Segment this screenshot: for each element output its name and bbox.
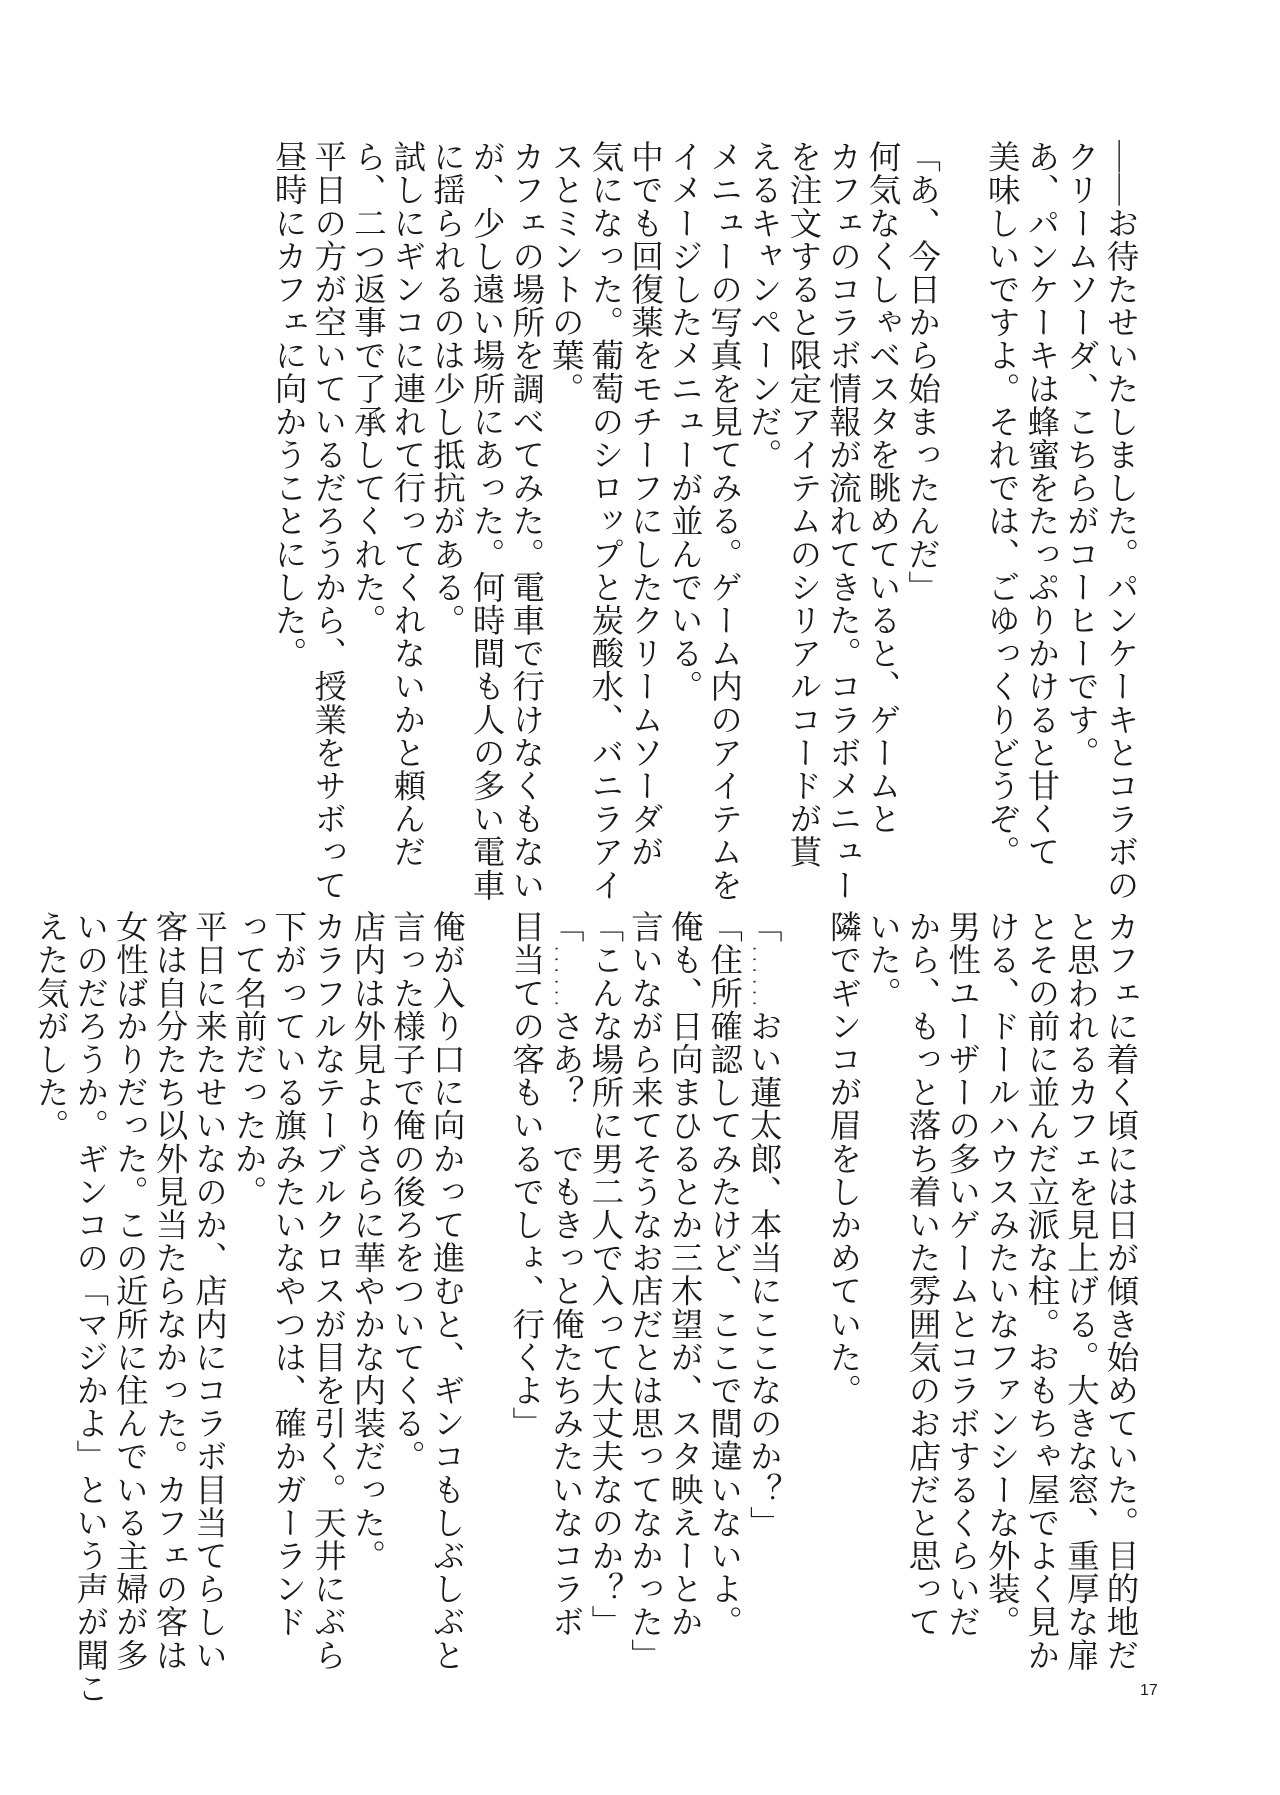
text-line: 試しにギンコに連れて行ってくれないかと頼んだ bbox=[387, 140, 427, 880]
dialogue-line: 目当ての客もいるでしょ、行くよ」 bbox=[506, 910, 546, 1670]
paragraph-gap bbox=[783, 910, 823, 1670]
text-line: あ、パンケーキは蜂蜜をたっぷりかけると甘くて bbox=[1021, 140, 1061, 880]
dialogue-line: 俺も、日向まひるとか三木望が、スタ映えーとか bbox=[664, 910, 704, 1670]
text-line: 気になった。葡萄のシロップと炭酸水、バニラアイ bbox=[585, 140, 625, 880]
text-line: カフェのコラボ情報が流れてきた。コラボメニュー bbox=[823, 140, 863, 880]
text-line: いのだろうか。ギンコの「マジかよ」という声が聞こ bbox=[70, 910, 110, 1670]
text-line: ら、二つ返事で了承してくれた。 bbox=[348, 140, 388, 880]
text-line: 昼時にカフェに向かうことにした。 bbox=[269, 140, 309, 880]
text-line: クリームソーダ、こちらがコーヒーです。 bbox=[1061, 140, 1101, 880]
text-line: いた。 bbox=[863, 910, 903, 1670]
text-line: 男性ユーザーの多いゲームとコラボするくらいだ bbox=[942, 910, 982, 1670]
text-line: えるキャンペーンだ。 bbox=[744, 140, 784, 880]
paragraph-gap bbox=[942, 140, 982, 880]
text-line: を注文すると限定アイテムのシリアルコードが貰 bbox=[783, 140, 823, 880]
text-line: 「あ、今日から始まったんだ」 bbox=[902, 140, 942, 880]
text-line: 客は自分たち以外見当たらなかった。カフェの客は bbox=[149, 910, 189, 1670]
novel-page: ――お待たせいたしました。パンケーキとコラボの クリームソーダ、こちらがコーヒー… bbox=[0, 0, 1280, 1795]
text-line: って名前だったか。 bbox=[229, 910, 269, 1670]
dialogue-line: 「……おい蓮太郎、本当にここなのか？」 bbox=[744, 910, 784, 1670]
text-line: とその前に並んだ立派な柱。おもちゃ屋でよく見か bbox=[1021, 910, 1061, 1670]
text-line: から、もっと落ち着いた雰囲気のお店だと思って bbox=[902, 910, 942, 1670]
text-line: と思われるカフェを見上げる。大きな窓、重厚な扉 bbox=[1061, 910, 1101, 1670]
text-line: メニューの写真を見てみる。ゲーム内のアイテムを bbox=[704, 140, 744, 880]
text-line: 中でも回復薬をモチーフにしたクリームソーダが bbox=[625, 140, 665, 880]
text-line: ける、ドールハウスみたいなファンシーな外装。 bbox=[982, 910, 1022, 1670]
text-line: 言った様子で俺の後ろをついてくる。 bbox=[387, 910, 427, 1670]
dialogue-line: 「住所確認してみたけど、ここで間違いないよ。 bbox=[704, 910, 744, 1670]
text-block-top: ――お待たせいたしました。パンケーキとコラボの クリームソーダ、こちらがコーヒー… bbox=[269, 140, 1140, 880]
text-line: カラフルなテーブルクロスが目を引く。天井にぶら bbox=[308, 910, 348, 1670]
text-line: 隣でギンコが眉をしかめていた。 bbox=[823, 910, 863, 1670]
text-line: 美味しいですよ。それでは、ごゆっくりどうぞ。 bbox=[982, 140, 1022, 880]
page-number: 17 bbox=[1140, 1682, 1158, 1700]
text-line: に揺られるのは少し抵抗がある。 bbox=[427, 140, 467, 880]
text-line: ――お待たせいたしました。パンケーキとコラボの bbox=[1100, 140, 1140, 880]
text-line: スとミントの葉。 bbox=[546, 140, 586, 880]
dialogue-line: 言いながら来てそうなお店だとは思ってなかった」 bbox=[625, 910, 665, 1670]
text-line: えた気がした。 bbox=[31, 910, 71, 1670]
text-line: カフェの場所を調べてみた。電車で行けなくもない bbox=[506, 140, 546, 880]
text-line: 下がっている旗みたいなやつは、確かガーランド bbox=[268, 910, 308, 1670]
text-line: が、少し遠い場所にあった。何時間も人の多い電車 bbox=[467, 140, 507, 880]
text-line: カフェに着く頃には日が傾き始めていた。目的地だ bbox=[1100, 910, 1140, 1670]
text-line: イメージしたメニューが並んでいる。 bbox=[664, 140, 704, 880]
dialogue-line: 「……さあ？ でもきっと俺たちみたいなコラボ bbox=[546, 910, 586, 1670]
dialogue-line: 「こんな場所に男二人で入って大丈夫なのか？」 bbox=[585, 910, 625, 1670]
text-line: 平日に来たせいなのか、店内にコラボ目当てらしい bbox=[189, 910, 229, 1670]
text-block-bottom: カフェに着く頃には日が傾き始めていた。目的地だ と思われるカフェを見上げる。大き… bbox=[31, 910, 1140, 1670]
text-line: 店内は外見よりさらに華やかな内装だった。 bbox=[347, 910, 387, 1670]
text-line: 女性ばかりだった。この近所に住んでいる主婦が多 bbox=[110, 910, 150, 1670]
text-line: 平日の方が空いているだろうから、授業をサボって bbox=[308, 140, 348, 880]
text-line: 俺が入り口に向かって進むと、ギンコもしぶしぶと bbox=[427, 910, 467, 1670]
text-line: 何気なくしゃベスタを眺めていると、ゲームと bbox=[862, 140, 902, 880]
paragraph-gap bbox=[466, 910, 506, 1670]
